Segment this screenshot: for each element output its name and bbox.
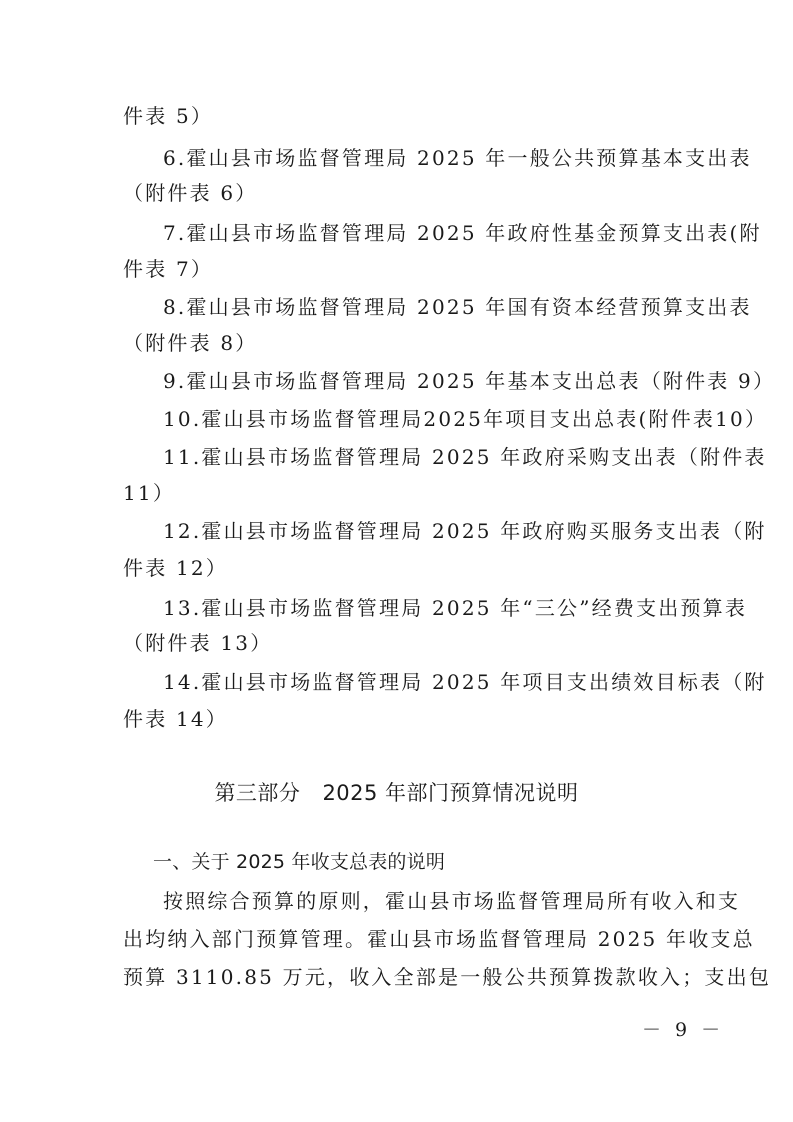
list-line: 件表 5） — [123, 103, 713, 129]
subsection-heading: 一、关于 2025 年收支总表的说明 — [153, 849, 445, 875]
paragraph-line: 按照综合预算的原则，霍山县市场监督管理局所有收入和支 — [163, 888, 713, 914]
list-line: 7.霍山县市场监督管理局 2025 年政府性基金预算支出表(附 — [163, 220, 713, 246]
section-title: 2025 年部门预算情况说明 — [322, 781, 578, 805]
paragraph-line: 出均纳入部门预算管理。霍山县市场监督管理局 2025 年收支总 — [123, 926, 713, 952]
list-line: （附件表 8） — [123, 330, 713, 356]
list-line: 12.霍山县市场监督管理局 2025 年政府购买服务支出表（附 — [163, 518, 713, 544]
list-line: 8.霍山县市场监督管理局 2025 年国有资本经营预算支出表 — [163, 294, 713, 320]
list-line: 10.霍山县市场监督管理局2025年项目支出总表(附件表10） — [163, 406, 713, 432]
list-line: （附件表 13） — [123, 630, 713, 656]
list-line: 件表 12） — [123, 555, 713, 581]
list-line: 11） — [123, 480, 713, 506]
list-line: （附件表 6） — [123, 180, 713, 206]
paragraph-line: 预算 3110.85 万元，收入全部是一般公共预算拨款收入；支出包 — [123, 964, 713, 990]
list-line: 件表 7） — [123, 256, 713, 282]
page-number: － 9 － — [642, 1018, 724, 1042]
section-heading: 第三部分2025 年部门预算情况说明 — [0, 779, 793, 807]
section-part-label: 第三部分 — [214, 781, 300, 805]
list-line: 11.霍山县市场监督管理局 2025 年政府采购支出表（附件表 — [163, 444, 713, 470]
list-line: 14.霍山县市场监督管理局 2025 年项目支出绩效目标表（附 — [163, 669, 713, 695]
list-line: 13.霍山县市场监督管理局 2025 年“三公”经费支出预算表 — [163, 595, 713, 621]
list-line: 9.霍山县市场监督管理局 2025 年基本支出总表（附件表 9） — [163, 368, 713, 394]
list-line: 件表 14） — [123, 706, 713, 732]
list-line: 6.霍山县市场监督管理局 2025 年一般公共预算基本支出表 — [163, 145, 713, 171]
